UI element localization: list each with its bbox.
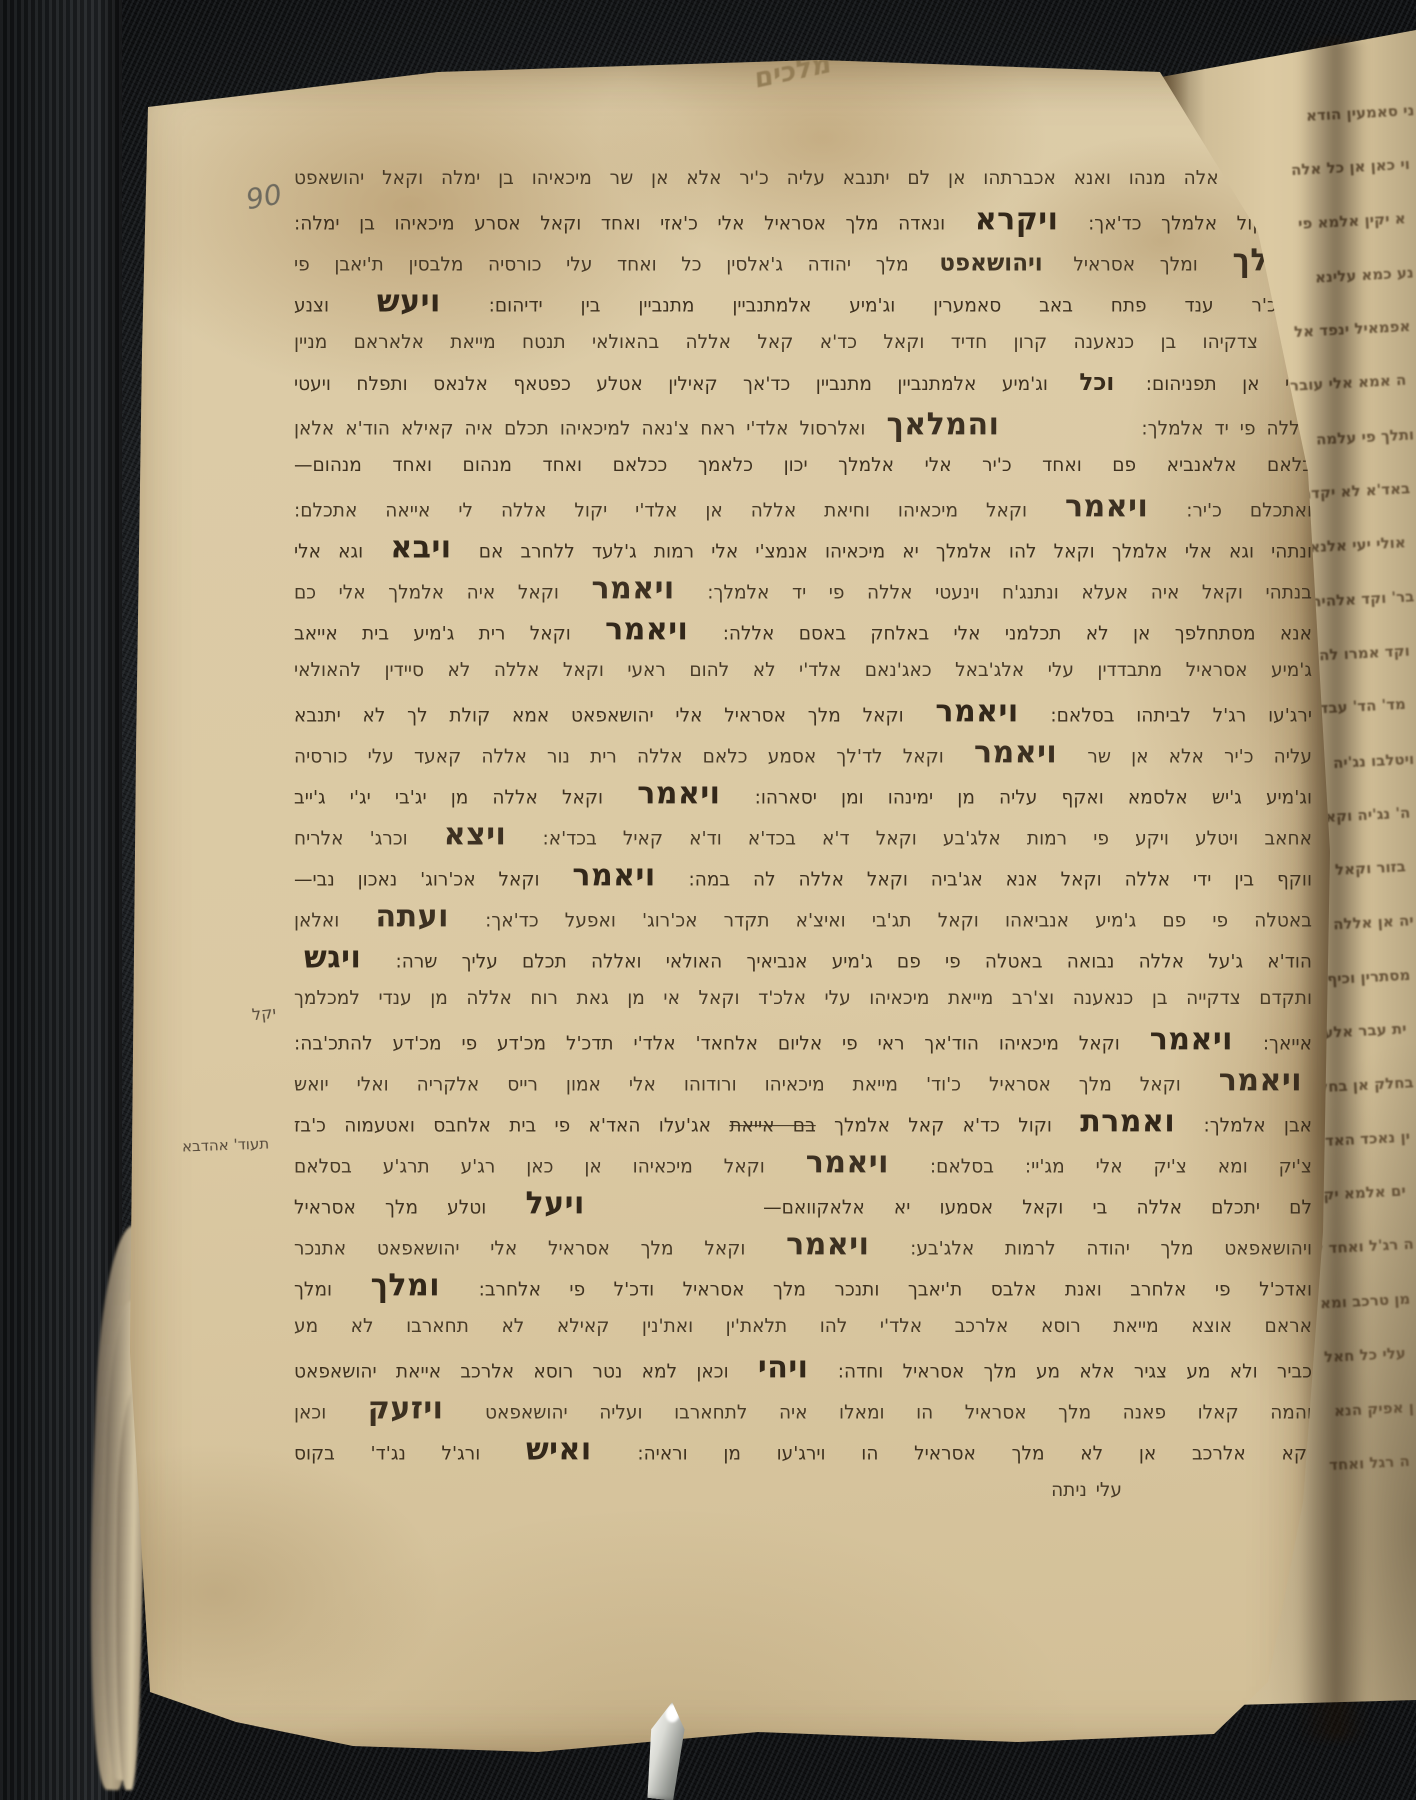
text-segment: וקאל איה אלמלך אלי כם (294, 582, 559, 604)
text-segment: אנא מסתחלפך אן לא תכלמני אלי באלחק באסם … (723, 623, 1312, 645)
text-segment: הוד'א ג'על אללה נבואה באטלה פי פם ג'מיע … (396, 951, 1312, 973)
text-segment: עלי ניתה (1051, 1480, 1122, 1502)
lemma-word: ויבא (390, 529, 451, 565)
text-segment: והמה קאלו פאנה מלך אסראיל הו ומאלו איה (779, 1402, 1312, 1424)
text-segment: ואתכלם כ'יר: (1186, 500, 1312, 522)
lemma-word: ויאמר (935, 693, 1018, 729)
text-line: והמה קאלו פאנה מלך אסראיל הו ומאלו איה ל… (294, 1387, 1312, 1429)
text-line: וג'מיע ג'יש אלסמא ואקף עליה מן ימינהו ומ… (294, 772, 1312, 814)
text-segment: אלי יהושאפאט אתנכר (294, 1238, 517, 1260)
text-segment: ג'מיע אסראיל מתבדדין עלי אלג'באל כאג'נאם… (494, 660, 1312, 682)
text-segment: וקאל מיכאיהו אן כאן רג'ע תרג'ע בסלאם (294, 1156, 765, 1178)
lemma-word: ומלך (371, 1267, 441, 1303)
text-segment: אי ימאת אלה מנהו ואנא אכברתהו אן לם יתנב… (294, 168, 1312, 190)
text-line: ויאמר וקאל מלך אסראיל כ'וד' מייאת מיכאיה… (294, 1059, 1312, 1101)
text-line: אראם אוצא מייאת רוסא אלרכב אלד'י להו תלא… (294, 1305, 1312, 1347)
text-segment: אלאכ'ר ענד פתח באב סאמערין וג'מיע אלמתנב… (489, 295, 1312, 317)
text-line: לא יקול אלמלך כד'אך: ויקרא ונאדה מלך אסר… (294, 198, 1312, 240)
text-segment: וקאל אכ'רוג' (420, 869, 539, 891)
lemma-word: והמלאך (886, 406, 999, 442)
text-segment: וקאל מיכאיהו וחיאת אללה אן אלד'י יקול אל… (294, 500, 1027, 522)
text-line: ג'מיע אסראיל מתבדדין עלי אלג'באל כאג'נאם… (294, 649, 1312, 691)
text-line: כלאם אלאנביא פם ואחד כ'יר אלי אלמלך יכון… (294, 444, 1312, 486)
text-segment: ואדכ'ל פי אלחרב ואנת אלבס ת'יאבך ותנכר (835, 1279, 1312, 1301)
text-line: כביר ולא מע צגיר אלא מע מלך אסראיל וחדה:… (294, 1346, 1312, 1388)
text-segment: וקאל מלך אסראיל כ'וד' מייאת מיכאיהו ורוד… (294, 1074, 1181, 1096)
text-segment: וג'מיע ג'יש אלסמא ואקף עליה מן ימינהו ומ… (755, 787, 1312, 809)
text-segment: וקאל רית ג'מיע בית אייאב (294, 623, 571, 645)
text-segment: וכאן למא נטר רוסא אלרכב אייאת יהושאפאט (294, 1361, 729, 1383)
text-segment: צ'יק ומא צ'יק אלי מג'יי: (1025, 1156, 1312, 1178)
text-line: ירג'עו רג'ל לביתהו בסלאם: ויאמר וקאל מלך… (294, 690, 1312, 732)
text-segment: ומלך (294, 1279, 332, 1301)
text-segment: אחאב ויטלע ויקע פי רמות אלג'בע וקאל ד'א … (543, 828, 1313, 850)
text-segment: בסלאם: (930, 1156, 994, 1178)
lemma-word: ויעל (526, 1185, 585, 1221)
text-line: ותקדם צדקייה בן כנאענה וצ'רב מייאת מיכאי… (294, 977, 1312, 1019)
text-segment: כביר ולא מע צגיר אלא מע מלך אסראיל וחדה: (838, 1361, 1312, 1383)
text-segment: כלאם אלאנביא פם ואחד כ'יר אלי אלמלך יכון… (294, 455, 1312, 477)
text-segment: אייאך: (1263, 1033, 1312, 1055)
text-line: עלי ניתה (294, 1469, 1122, 1511)
text-segment: ואלרסול אלד'י ראח צ'נאה למיכאיהו תכלם אי… (294, 418, 865, 440)
lemma-word: ויאמר (786, 1226, 869, 1262)
text-line: אלי אן תפניהום: וכל וג'מיע אלמתנביין מתנ… (294, 362, 1312, 404)
text-line: ויהושאפאט מלך יהודה לרמות אלג'בע: ויאמר … (294, 1223, 1312, 1265)
text-segment: ונתהי וגא אלי אלמלך וקאל להו אלמלך יא מי… (479, 541, 1312, 563)
text-segment: וצנע (294, 295, 329, 317)
text-line: להן צדקיהו בן כנאענה קרון חדיד וקאל כד'א… (294, 321, 1312, 363)
margin-note: יקל (251, 1003, 277, 1024)
text-segment: באטלה פי פם ג'מיע אנביאהו וקאל תג'בי ואי… (724, 910, 1312, 932)
lemma-word: ויגש (304, 939, 361, 975)
text-line: לם יתכלם אללה בי וקאל אסמעו יא אלאקוואם—… (294, 1182, 1312, 1224)
lemma-word: ויאמר (1219, 1062, 1302, 1098)
text-segment: ומלך אסראיל (1073, 254, 1198, 276)
lemma-word: ויאמר (591, 570, 674, 606)
text-segment: לא סיידין להאולאי (294, 660, 470, 682)
lemma-word: ויזעק (368, 1390, 444, 1426)
text-segment: אכ'רוג' ואפעל כד'אך: (485, 910, 697, 932)
folio-number: 90 (243, 177, 284, 216)
text-line: אחאב ויטלע ויקע פי רמות אלג'בע וקאל ד'א … (294, 813, 1312, 855)
lemma-word: ויהושאפט (939, 250, 1042, 277)
text-line: וקא אלרכב אן לא מלך אסראיל הו וירג'עו מן… (294, 1428, 1312, 1470)
lemma-word: ויאמר (974, 734, 1057, 770)
text-segment: עליה כ'יר אלא אן שר (1087, 746, 1312, 768)
text-line: הוד'א ג'על אללה נבואה באטלה פי פם ג'מיע … (294, 936, 1312, 978)
lemma-word: ואמרת (1080, 1103, 1175, 1139)
lemma-word: ויאמר (1065, 488, 1148, 524)
text-segment: ותקדם צדקייה בן כנאענה וצ'רב מייאת מיכאי… (294, 988, 1312, 1010)
text-segment: אג'עלו האד'א פי בית אלחבס ואטעמוה כ'בז (294, 1115, 711, 1137)
text-segment: וקאל מיכאיהו הוד'אך ראי פי אליום אלחאד' … (294, 1033, 1120, 1055)
lemma-word: ויאמר (572, 857, 655, 893)
text-segment: בם אייאת (729, 1115, 815, 1137)
text-segment: מלך אסראיל ודכ'ל פי אלחרב: (479, 1279, 806, 1301)
text-line: ונתהי וגא אלי אלמלך וקאל להו אלמלך יא מי… (294, 526, 1312, 568)
text-line: עליה כ'יר אלא אן שר ויאמר וקאל לד'לך אסמ… (294, 731, 1312, 773)
text-segment: וקול כד'א קאל אלמלך (834, 1115, 1052, 1137)
text-line: אללה פי יד אלמלך: והמלאך ואלרסול אלד'י ר… (294, 403, 1312, 445)
text-segment: וקא אלרכב אן לא מלך אסראיל הו וירג'עו מן… (637, 1443, 1312, 1465)
text-segment: אלי אן תפניהום: (1146, 374, 1312, 396)
lemma-word: ואיש (526, 1431, 592, 1467)
text-segment: ויהושאפאט מלך יהודה לרמות אלג'בע: (910, 1238, 1312, 1260)
text-segment: וקאל אללה מן יג'בי יג'י ג'ייב (294, 787, 603, 809)
text-segment: וקאל מלך אסראיל (548, 1238, 745, 1260)
text-line: ואתכלם כ'יר: ויאמר וקאל מיכאיהו וחיאת אל… (294, 485, 1312, 527)
text-segment: אללה פי יד אלמלך: (1141, 418, 1312, 440)
lemma-word: ויאמר (806, 1144, 889, 1180)
text-segment: וג'מיע אלמתנביין מתנביין כד'אך קאילין אט… (294, 374, 1048, 396)
text-segment: ירג'עו רג'ל לביתהו בסלאם: (1050, 705, 1312, 727)
lemma-word: ויהי (758, 1349, 809, 1385)
lemma-word: ויצא (444, 816, 507, 852)
manuscript-photo: ני סאמעין הודאוי כאן אן כל אלהא יקין אלמ… (0, 0, 1416, 1800)
text-segment: וכאן (294, 1402, 326, 1424)
manuscript-page: מלכים 90 יקל תעוד' אהדבא אי ימאת אלה מנה… (118, 52, 1333, 1764)
text-segment: מניין (294, 332, 327, 354)
text-segment: אבן אלמלך: (1203, 1115, 1312, 1137)
text-line: ואדכ'ל פי אלחרב ואנת אלבס ת'יאבך ותנכר מ… (294, 1264, 1312, 1306)
text-line: אייאך: ויאמר וקאל מיכאיהו הוד'אך ראי פי … (294, 1018, 1312, 1060)
lemma-word: ויעש (377, 283, 441, 319)
text-line: אנא מסתחלפך אן לא תכלמני אלי באלחק באסם … (294, 608, 1312, 650)
text-line: צ'יק ומא צ'יק אלי מג'יי: בסלאם: ויאמר וק… (294, 1141, 1312, 1183)
text-segment: לם יתכלם אללה בי וקאל אסמעו יא אלאקוואם— (763, 1197, 1312, 1219)
lemma-word: ויאמר (637, 775, 720, 811)
text-line: ומלך ומלך אסראיל ויהושאפט מלך יהודה ג'אל… (294, 239, 1312, 281)
lemma-word: וכל (1079, 370, 1114, 397)
margin-note: תעוד' אהדבא (182, 1134, 270, 1155)
text-line: ווקף בין ידי אללה וקאל אנא אג'ביה וקאל א… (294, 854, 1312, 896)
text-segment: נאכון נבי— (294, 869, 397, 891)
text-segment: לתחארבו ועליה יהושאפאט (485, 1402, 747, 1424)
text-segment: וקאל מלך אסראיל אלי יהושאפאט אמא קולת לך… (294, 705, 904, 727)
text-line: באטלה פי פם ג'מיע אנביאהו וקאל תג'בי ואי… (294, 895, 1312, 937)
text-segment: ווקף בין ידי אללה וקאל אנא אג'ביה וקאל א… (689, 869, 1312, 891)
text-line: אלאכ'ר ענד פתח באב סאמערין וג'מיע אלמתנב… (294, 280, 1312, 322)
text-line: אבן אלמלך: ואמרת וקול כד'א קאל אלמלך בם … (294, 1100, 1312, 1142)
text-block: אי ימאת אלה מנהו ואנא אכברתהו אן לם יתנב… (294, 158, 1312, 1511)
text-segment: וכרג' אלריח (294, 828, 408, 850)
text-line: אי ימאת אלה מנהו ואנא אכברתהו אן לם יתנב… (294, 157, 1312, 199)
text-segment: וגא אלי (294, 541, 363, 563)
lemma-word: ועתה (376, 898, 449, 934)
lemma-word: ויאמר (605, 611, 688, 647)
lemma-word: ויאמר (1150, 1021, 1233, 1057)
text-segment: ורג'ל נג'ד' בקוס (294, 1443, 480, 1465)
text-segment: וטלע מלך אסראיל (294, 1197, 486, 1219)
text-segment: להן צדקיהו בן כנאענה קרון חדיד וקאל כד'א… (354, 332, 1312, 354)
text-line: בנתהי וקאל איה אעלא ונתנג'ח וינעטי אללה … (294, 567, 1312, 609)
text-segment: ואלאן (294, 910, 339, 932)
text-segment: בנתהי וקאל איה אעלא ונתנג'ח וינעטי אללה … (707, 582, 1312, 604)
text-segment: ונאדה מלך אסראיל אלי כ'אזי ואחד וקאל אסר… (294, 213, 945, 235)
text-segment: מלך יהודה ג'אלסין כל ואחד עלי כורסיה מלב… (294, 254, 909, 276)
text-segment: וקאל לד'לך אסמע כלאם אללה רית נור אללה ק… (294, 746, 944, 768)
text-segment: אראם אוצא מייאת רוסא אלרכב אלד'י להו תלא… (294, 1316, 1312, 1338)
lemma-word: ויקרא (975, 201, 1059, 237)
